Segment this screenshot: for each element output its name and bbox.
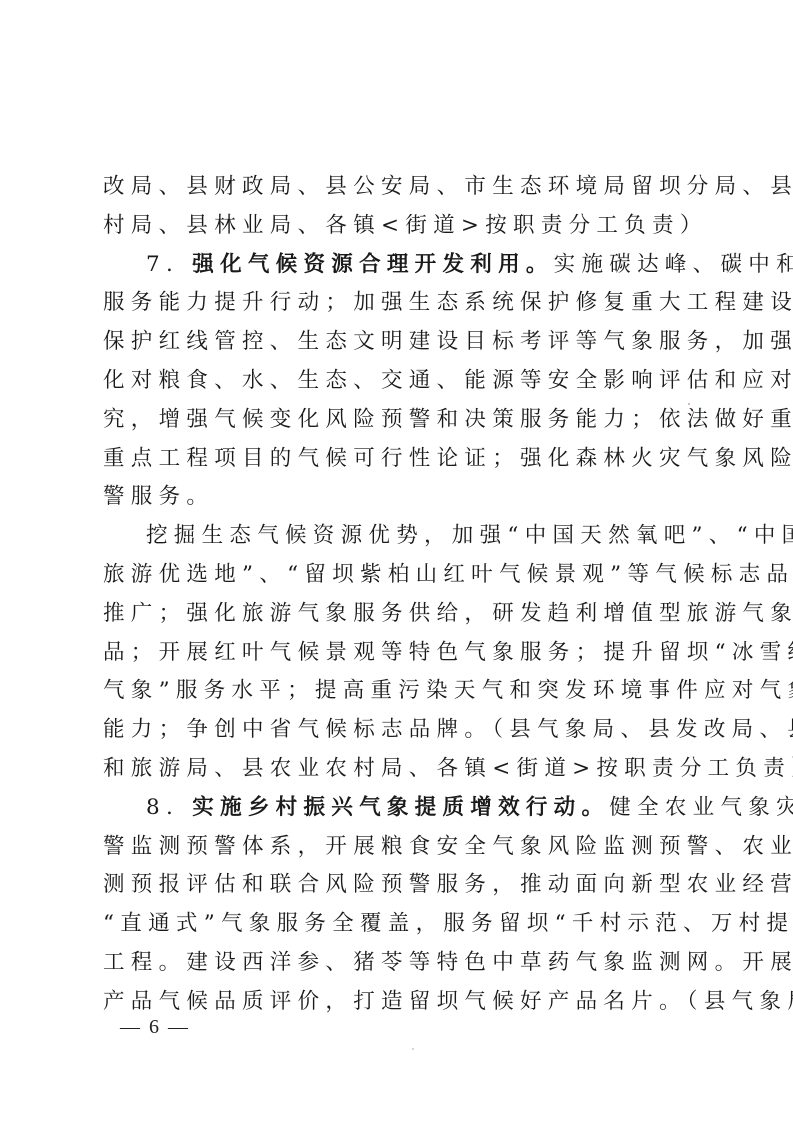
text-line: 推广；强化旅游气象服务供给，研发趋利增值型旅游气象服务产 (103, 595, 695, 634)
scan-speck (412, 1048, 414, 1050)
section-number: 7. (146, 252, 179, 277)
text-line: 警服务。 (103, 478, 695, 517)
text-run: 实施碳达峰、碳中和气象 (554, 252, 793, 277)
body-text: 改局、县财政局、县公安局、市生态环境局留坝分局、县农业农 村局、县林业局、各镇<… (103, 168, 695, 1022)
text-line: “直通式”气象服务全覆盖，服务留坝“千村示范、万村提升” (103, 905, 695, 944)
text-line: 重点工程项目的气候可行性论证；强化森林火灾气象风险预报预 (103, 440, 695, 479)
text-line: 品；开展红叶气候景观等特色气象服务；提升留坝“冰雪经济+ (103, 634, 695, 673)
section-heading: 实施乡村振兴气象提质增效行动。 (192, 795, 609, 820)
text-line: 和旅游局、县农业农村局、各镇<街道>按职责分工负责） (103, 750, 695, 789)
section-heading: 强化气候资源合理开发利用。 (192, 252, 553, 277)
text-line: 村局、县林业局、各镇<街道>按职责分工负责） (103, 207, 695, 246)
text-line: 能力；争创中省气候标志品牌。（县气象局、县发改局、县文化 (103, 711, 695, 750)
text-line: 究，增强气候变化风险预警和决策服务能力；依法做好重大规划、 (103, 401, 695, 440)
section-7-heading-line: 7. 强化气候资源合理开发利用。实施碳达峰、碳中和气象 (103, 246, 695, 285)
text-line: 服务能力提升行动；加强生态系统保护修复重大工程建设，生态 (103, 284, 695, 323)
section-8-heading-line: 8. 实施乡村振兴气象提质增效行动。健全农业气象灾害预 (103, 789, 695, 828)
text-line: 保护红线管控、生态文明建设目标考评等气象服务，加强气候变 (103, 323, 695, 362)
document-page: 改局、县财政局、县公安局、市生态环境局留坝分局、县农业农 村局、县林业局、各镇<… (0, 0, 793, 1122)
text-line: 旅游优选地”、“留坝紫柏山红叶气候景观”等气候标志品牌宣传 (103, 556, 695, 595)
text-line: 改局、县财政局、县公安局、市生态环境局留坝分局、县农业农 (103, 168, 695, 207)
scan-speck (760, 800, 762, 802)
text-line: 警监测预警体系，开展粮食安全气象风险监测预警、农业气象监 (103, 828, 695, 867)
text-line: 气象”服务水平；提高重污染天气和突发环境事件应对气象保障 (103, 672, 695, 711)
text-line: 工程。建设西洋参、猪苓等特色中草药气象监测网。开展特色农 (103, 944, 695, 983)
section-number: 8. (146, 795, 179, 820)
page-number: — 6 — (120, 1016, 190, 1039)
text-run: 健全农业气象灾害预 (609, 795, 793, 820)
text-line: 测预报评估和联合风险预警服务，推动面向新型农业经营主体的 (103, 866, 695, 905)
scan-speck (688, 403, 690, 405)
text-line: 化对粮食、水、生态、交通、能源等安全影响评估和应对措施研 (103, 362, 695, 401)
text-line: 产品气候品质评价，打造留坝气候好产品名片。（县气象局、县 (103, 983, 695, 1022)
paragraph-start-line: 挖掘生态气候资源优势，加强“中国天然氧吧”、“中国避暑 (103, 517, 695, 556)
